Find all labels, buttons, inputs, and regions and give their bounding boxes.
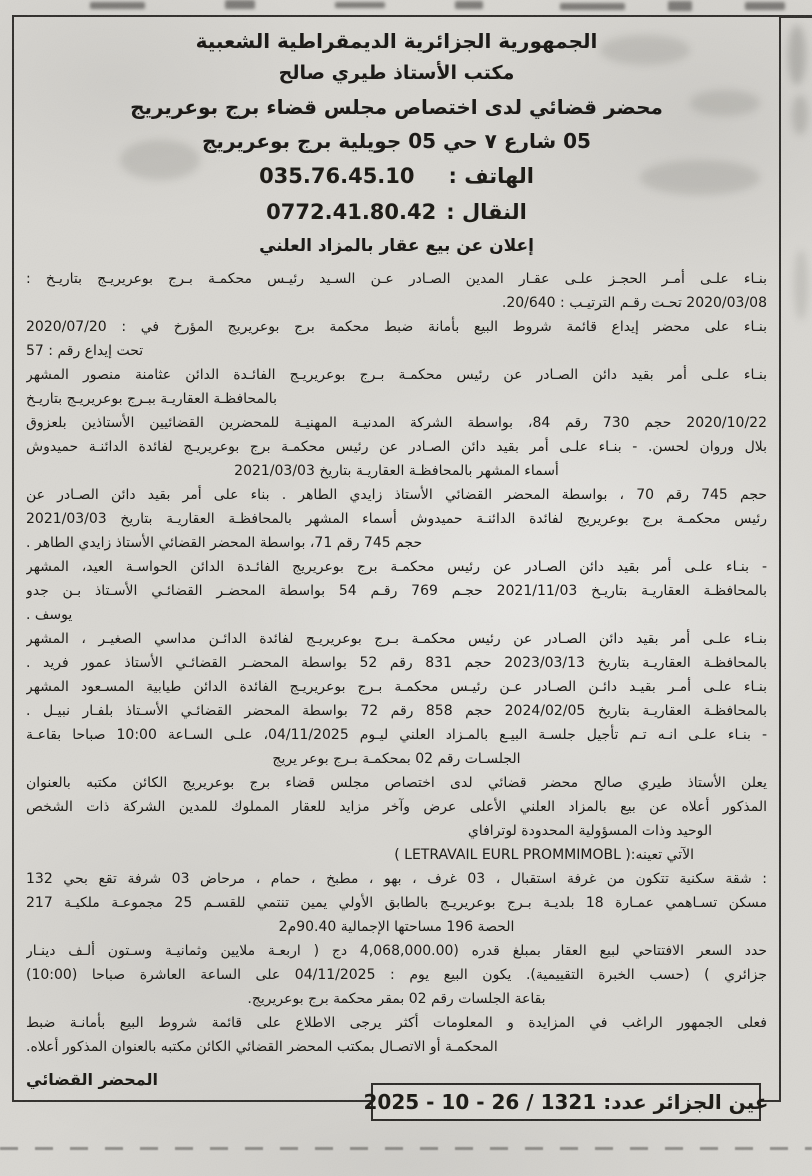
column-separator-rule bbox=[0, 1147, 812, 1150]
phone-label: الهاتف : bbox=[449, 158, 534, 194]
header-bailiff-title: محضر قضائي لدى اختصاص مجلس قضاء برج بوعر… bbox=[26, 90, 767, 124]
body-line: بالمحافظـة العقاريـة ببـرج بوعريريـج بتا… bbox=[26, 387, 767, 411]
body-line: بنـاء علـى أمر بقيد دائن الصـادر عن رئيس… bbox=[26, 627, 767, 651]
mobile-label: النقال : bbox=[446, 194, 527, 230]
mobile-line: النقال : 0772.41.80.42 bbox=[26, 194, 767, 230]
body-line: يعلن الأستاذ طيري صالح محضر قضائي لدى اخ… bbox=[26, 771, 767, 795]
mobile-number: 0772.41.80.42 bbox=[266, 194, 436, 230]
body-line: - بنـاء علـى أمر بقيد دائن الصـادر عن رئ… bbox=[26, 555, 767, 579]
body-line-company-name: الآتي تعينه:( LETRAVAIL EURL PROMMIMOBL … bbox=[26, 843, 767, 867]
announcement-frame: الجمهورية الجزائرية الديمقراطية الشعبية … bbox=[12, 15, 781, 1102]
body-line-sale-date: جزائري ) (حسب الخبرة التقييمية). يكون ال… bbox=[26, 963, 767, 987]
scan-artifact bbox=[668, 1, 692, 11]
body-line: الحصة 196 مساحتها الإجمالية 90.40م2 bbox=[26, 915, 767, 939]
scan-artifact bbox=[335, 2, 385, 8]
body-line: بالمحافظـة العقاريـة بتاريـخ 2021/11/03 … bbox=[26, 579, 767, 603]
header-address: 05 شارع ٧ حي 05 جويلية برج بوعريريج bbox=[26, 124, 767, 158]
header-office-name: مكتب الأستاذ طيري صالح bbox=[26, 57, 767, 90]
scan-artifact bbox=[560, 3, 625, 10]
body-line: المحكمـة أو الاتصـال بمكتب المحضر القضائ… bbox=[26, 1035, 767, 1059]
body-line: تحت إيداع رقم : 57 bbox=[26, 339, 767, 363]
body-line: 2020/10/22 حجم 730 رقم 84، بواسطة الشركة… bbox=[26, 411, 767, 435]
newspaper-issue-stamp: عين الجزائر عدد: 1321 / 26 - 10 - 2025 bbox=[371, 1083, 761, 1121]
body-line: - بنـاء علـى انـه تـم تأجيل جلسـة البيـع… bbox=[26, 723, 767, 747]
body-line: بقاعة الجلسات رقم 02 بمقر محكمة برج بوعر… bbox=[26, 987, 767, 1011]
body-line: بنـاء علـى أمر بقيد دائن الصـادر عن رئيس… bbox=[26, 363, 767, 387]
body-line: : شقة سكنية تتكون من غرفة استقبال ، 03 غ… bbox=[26, 867, 767, 891]
body-line: بالمحافظـة العقاريـة بتاريخ 2023/03/13 ح… bbox=[26, 651, 767, 675]
body-line: المذكور أعلاه عن بيع بالمزاد العلني الأع… bbox=[26, 795, 767, 819]
body-line: الجلسـات رقم 02 بمحكمـة بـرج بوعر يريج bbox=[26, 747, 767, 771]
scan-artifact bbox=[225, 0, 255, 9]
announcement-body: بنـاء علـى أمـر الحجـز علـى عقـار المدين… bbox=[26, 267, 767, 1059]
body-line: أسماء المشهر بالمحافظـة العقاريـة بتاريخ… bbox=[26, 459, 767, 483]
body-line: بالمحافظـة العقاريـة بتاريخ 2024/02/05 ح… bbox=[26, 699, 767, 723]
newspaper-scan-page: الجمهورية الجزائرية الديمقراطية الشعبية … bbox=[0, 0, 812, 1176]
body-line: فعلى الجمهور الراغب في المزايدة و المعلو… bbox=[26, 1011, 767, 1035]
body-line: بنـاء علـى أمـر الحجـز علـى عقـار المدين… bbox=[26, 267, 767, 291]
announcement-title: إعلان عن بيع عقار بالمزاد العلني bbox=[26, 230, 767, 262]
body-line: الوحيد وذات المسؤولية المحدودة لوترافاي bbox=[26, 819, 767, 843]
scan-artifact bbox=[455, 1, 483, 9]
scan-ghost bbox=[788, 25, 806, 85]
body-line-price: حدد السعر الافتتاحي لبيع العقار بمبلغ قد… bbox=[26, 939, 767, 963]
scan-ghost bbox=[794, 250, 808, 320]
phone-number: 035.76.45.10 bbox=[259, 158, 414, 194]
scan-ghost bbox=[792, 95, 808, 135]
header-republic: الجمهورية الجزائرية الديمقراطية الشعبية bbox=[26, 25, 767, 57]
body-line: بنـاء على محضر إيداع قائمة شروط البيع بأ… bbox=[26, 315, 767, 339]
top-rule-extension bbox=[781, 15, 812, 18]
phone-line: الهاتف : 035.76.45.10 bbox=[26, 158, 767, 194]
body-line: حجم 745 رقم 70 ، بواسطة المحضر القضائي ا… bbox=[26, 483, 767, 507]
scan-artifact bbox=[745, 2, 785, 10]
body-line: مسكن تسـاهمي عمـارة 18 بلديـة بـرج بوعري… bbox=[26, 891, 767, 915]
body-line: بنـاء علـى أمـر بقيـد دائـن الصـادر عـن … bbox=[26, 675, 767, 699]
body-line: يوسف . bbox=[26, 603, 767, 627]
scan-artifact bbox=[90, 2, 145, 9]
body-line: 2020/03/08 تحـت رقـم الترتيـب : 20/640. bbox=[26, 291, 767, 315]
body-line: بلال وروان لحسن. - بنـاء علـى أمر بقيد د… bbox=[26, 435, 767, 459]
body-line: حجم 745 رقم 71، بواسطة المحضر القضائي ال… bbox=[26, 531, 767, 555]
body-line: رئيس محكمـة برج بوعريريج لفائدة الدائنـة… bbox=[26, 507, 767, 531]
